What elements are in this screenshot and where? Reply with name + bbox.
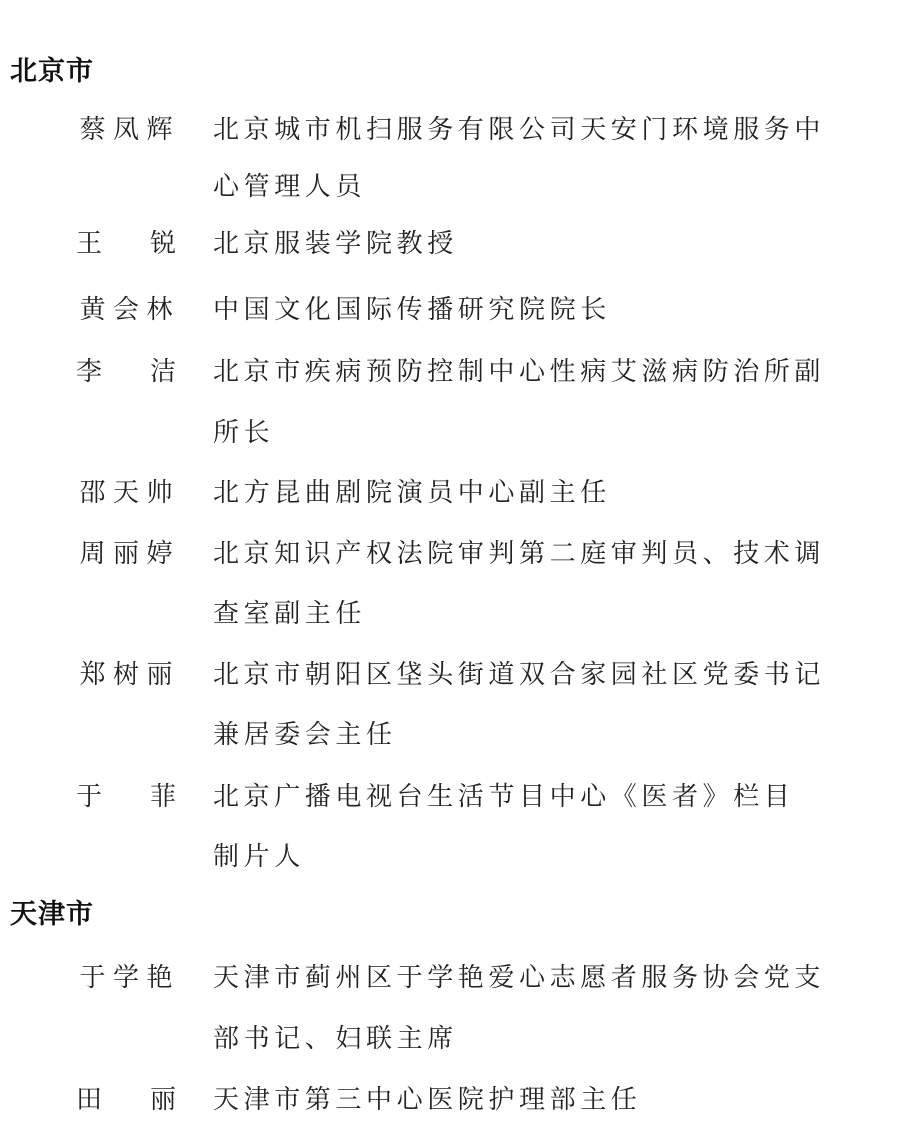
- person-title-line: 天津市第三中心医院护理部主任: [213, 1080, 893, 1120]
- person-title-line: 北京市朝阳区垡头街道双合家园社区党委书记: [213, 655, 893, 695]
- person-name: 黄会林: [76, 290, 176, 330]
- person-title-line: 北京知识产权法院审判第二庭审判员、技术调: [213, 534, 893, 574]
- person-title-line: 北京城市机扫服务有限公司天安门环境服务中: [213, 110, 893, 150]
- person-title-line: 中国文化国际传播研究院院长: [213, 290, 893, 330]
- person-title-line: 查室副主任: [213, 594, 893, 634]
- person-name: 蔡凤辉: [76, 110, 176, 150]
- person-title-line: 制片人: [213, 837, 893, 877]
- person-title-line: 北方昆曲剧院演员中心副主任: [213, 473, 893, 513]
- person-name: 周丽婷: [76, 534, 176, 574]
- person-name: 田丽: [76, 1080, 176, 1120]
- person-name: 王锐: [76, 224, 176, 264]
- person-title-line: 天津市蓟州区于学艳爱心志愿者服务协会党支: [213, 958, 893, 998]
- person-title-line: 北京广播电视台生活节目中心《医者》栏目: [213, 777, 893, 817]
- person-title-line: 心管理人员: [213, 167, 893, 207]
- region-heading-beijing: 北京市: [10, 52, 94, 92]
- person-name: 于学艳: [76, 958, 176, 998]
- region-heading-tianjin: 天津市: [10, 895, 94, 935]
- person-name: 于菲: [76, 777, 176, 817]
- person-title-line: 兼居委会主任: [213, 715, 893, 755]
- person-name: 邵天帅: [76, 473, 176, 513]
- person-title-line: 所长: [213, 413, 893, 453]
- person-title-line: 部书记、妇联主席: [213, 1019, 893, 1059]
- person-name: 郑树丽: [76, 655, 176, 695]
- person-title-line: 北京服装学院教授: [213, 224, 893, 264]
- person-name: 李洁: [76, 352, 176, 392]
- person-title-line: 北京市疾病预防控制中心性病艾滋病防治所副: [213, 352, 893, 392]
